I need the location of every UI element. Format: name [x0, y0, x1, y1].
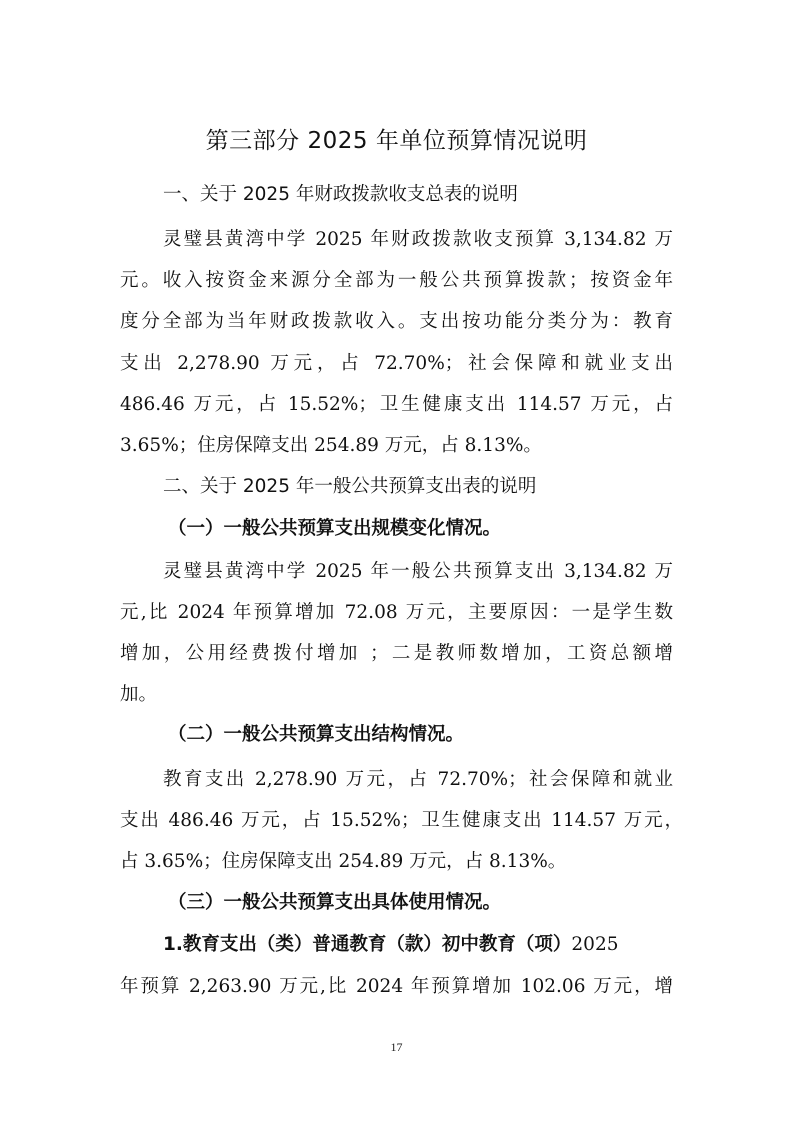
paragraph-line: 486.46 万元，占 15.52%；卫生健康支出 114.57 万元，占 [120, 390, 673, 416]
paragraph-line: 增加，公用经费拨付增加 ；二是教师数增加，工资总额增 [120, 639, 673, 665]
page-number: 17 [0, 1040, 793, 1055]
subsection-3-heading: （三）一般公共预算支出具体使用情况。 [168, 888, 501, 914]
paragraph-line: 3.65%；住房保障支出 254.89 万元，占 8.13%。 [120, 431, 542, 457]
paragraph-line: 支出 486.46 万元，占 15.52%；卫生健康支出 114.57 万元， [120, 806, 683, 832]
paragraph-line: 教育支出 2,278.90 万元，占 72.70%；社会保障和就业 [163, 765, 673, 791]
paragraph-line: 年预算 2,263.90 万元,比 2024 年预算增加 102.06 万元，增 [120, 972, 673, 998]
subsection-2-heading: （二）一般公共预算支出结构情况。 [168, 720, 464, 746]
item-1-year: 2025 [571, 934, 618, 955]
item-1-heading: 1.教育支出（类）普通教育（款）初中教育（项） [163, 934, 571, 955]
section-2-heading: 二、关于 2025 年一般公共预算支出表的说明 [163, 472, 536, 498]
paragraph-line: 占 3.65%；住房保障支出 254.89 万元，占 8.13%。 [120, 847, 566, 873]
paragraph-line: 灵璧县黄湾中学 2025 年财政拨款收支预算 3,134.82 万 [163, 225, 673, 251]
item-1-line: 1.教育支出（类）普通教育（款）初中教育（项）2025 [163, 930, 619, 956]
paragraph-line: 元。收入按资金来源分全部为一般公共预算拨款；按资金年 [120, 266, 673, 292]
section-1-heading: 一、关于 2025 年财政拨款收支总表的说明 [163, 180, 518, 206]
paragraph-line: 加。 [120, 680, 157, 706]
paragraph-line: 度分全部为当年财政拨款收入。支出按功能分类分为：教育 [120, 307, 673, 333]
paragraph-line: 元,比 2024 年预算增加 72.08 万元，主要原因：一是学生数 [120, 598, 673, 624]
paragraph-line: 灵璧县黄湾中学 2025 年一般公共预算支出 3,134.82 万 [163, 557, 673, 583]
document-page: 第三部分 2025 年单位预算情况说明 一、关于 2025 年财政拨款收支总表的… [0, 0, 793, 1122]
paragraph-line: 支出 2,278.90 万元，占 72.70%；社会保障和就业支出 [120, 349, 673, 375]
subsection-1-heading: （一）一般公共预算支出规模变化情况。 [168, 514, 501, 540]
page-title: 第三部分 2025 年单位预算情况说明 [0, 122, 793, 155]
